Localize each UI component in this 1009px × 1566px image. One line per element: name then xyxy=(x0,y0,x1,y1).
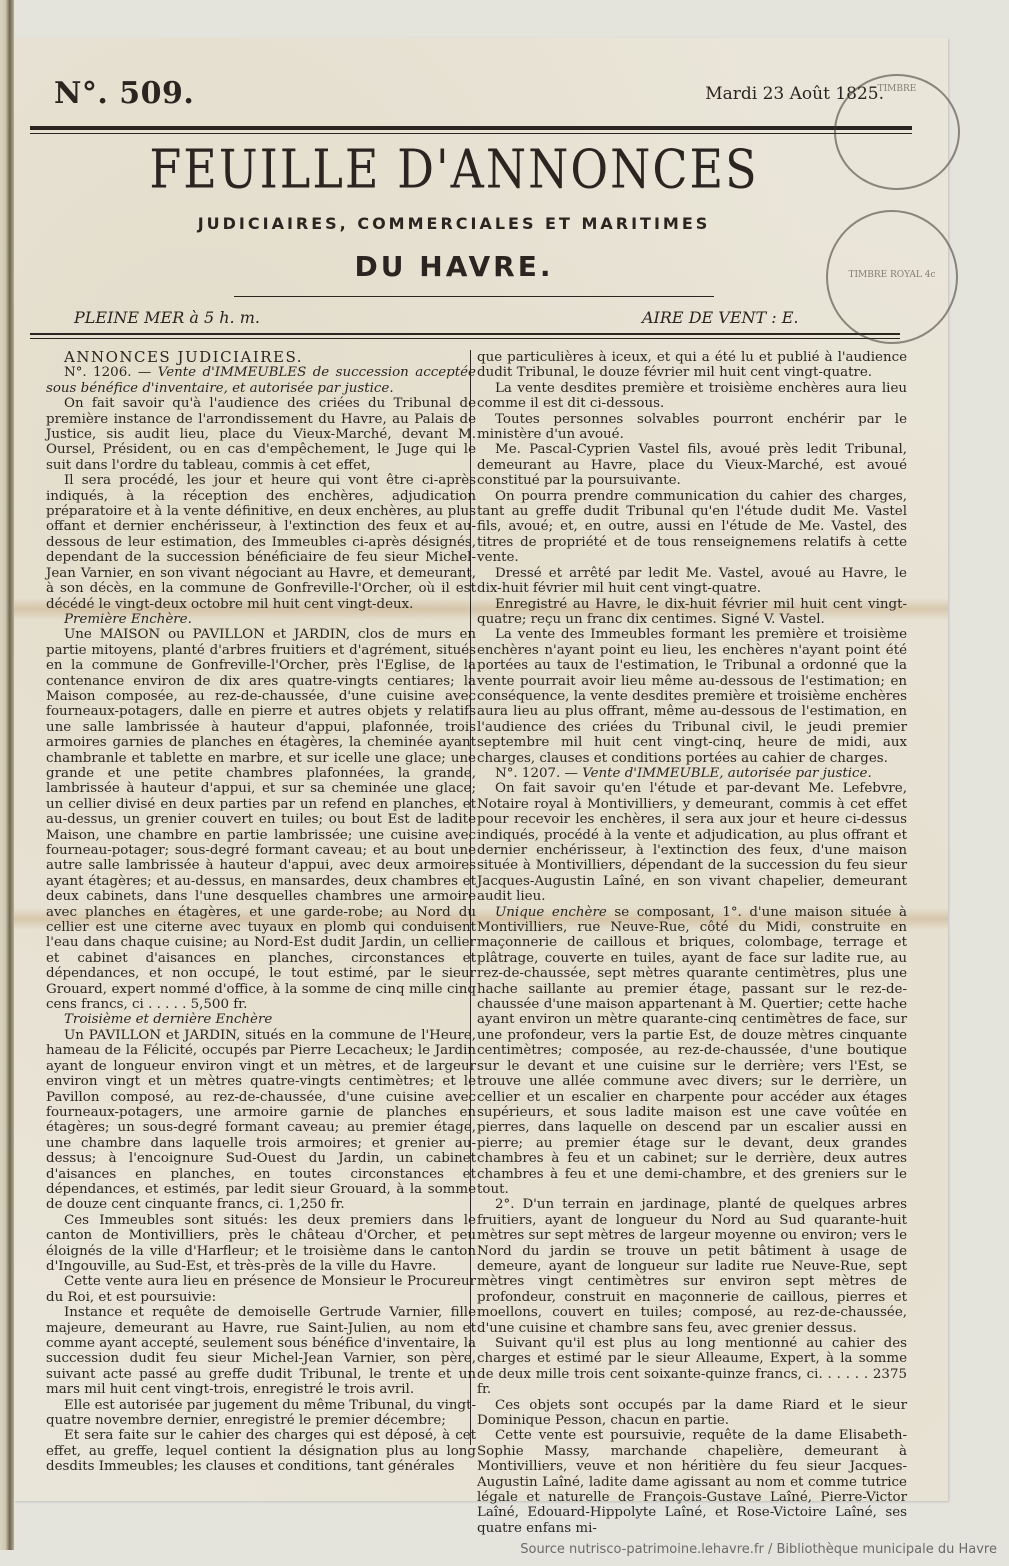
stamp-label: TIMBRE xyxy=(836,84,958,94)
notice-number: N°. 1207. — xyxy=(495,766,578,781)
newspaper-subtitle: JUDICIAIRES, COMMERCIALES ET MARITIMES xyxy=(14,214,894,233)
paragraph: Ces Immeubles sont situés: les deux prem… xyxy=(46,1213,476,1275)
issue-number: N°. 509. xyxy=(54,76,194,111)
masthead: N°. 509. Mardi 23 Août 1825. xyxy=(44,38,924,98)
unique-auction-label: Unique enchère xyxy=(495,905,607,920)
sub-heading: Première Enchère. xyxy=(46,612,476,627)
notice-number: N°. 1206. — xyxy=(64,365,151,380)
paragraph: que particulières à iceux, et qui a été … xyxy=(477,350,907,381)
unique-auction-text: se composant, 1°. d'une maison située à … xyxy=(477,905,907,1197)
paragraph: Cette vente aura lieu en présence de Mon… xyxy=(46,1274,476,1305)
paragraph-unique-auction: Unique enchère se composant, 1°. d'une m… xyxy=(477,905,907,1198)
paragraph: La vente des Immeubles formant les premi… xyxy=(477,627,907,766)
tax-stamp-icon: TIMBRE xyxy=(834,74,960,190)
paragraph: Elle est autorisée par jugement du même … xyxy=(46,1398,476,1429)
paragraph: Toutes personnes solvables pourront ench… xyxy=(477,412,907,443)
sub-heading: Troisième et dernière Enchère xyxy=(46,1012,476,1027)
newspaper-page: N°. 509. Mardi 23 Août 1825. FEUILLE D'A… xyxy=(14,38,948,1501)
paragraph: Un PAVILLON et JARDIN, situés en la comm… xyxy=(46,1028,476,1213)
paragraph: Me. Pascal-Cyprien Vastel fils, avoué pr… xyxy=(477,442,907,488)
paragraph: Une MAISON ou PAVILLON et JARDIN, clos d… xyxy=(46,627,476,1012)
source-credit: Source nutrisco-patrimoine.lehavre.fr / … xyxy=(520,1542,997,1557)
paragraph: Et sera faite sur le cahier des charges … xyxy=(46,1428,476,1474)
paragraph: Il sera procédé, les jour et heure qui v… xyxy=(46,473,476,612)
masthead-rule xyxy=(30,133,912,134)
paragraph: Dressé et arrêté par ledit Me. Vastel, a… xyxy=(477,566,907,597)
masthead-rule xyxy=(30,126,912,130)
section-heading: ANNONCES JUDICIAIRES. xyxy=(46,350,476,365)
masthead-rule xyxy=(234,296,714,297)
newspaper-place: DU HAVRE. xyxy=(14,250,894,283)
newspaper-title: FEUILLE D'ANNONCES xyxy=(14,138,894,200)
paragraph: On pourra prendre communication du cahie… xyxy=(477,489,907,566)
paragraph: Enregistré au Havre, le dix-huit février… xyxy=(477,597,907,628)
masthead-rule xyxy=(30,333,900,335)
column-right: que particulières à iceux, et qui a été … xyxy=(470,350,907,1445)
paragraph: Suivant qu'il est plus au long mentionné… xyxy=(477,1336,907,1398)
wind-info: AIRE DE VENT : E. xyxy=(642,308,799,327)
stamp-label: TIMBRE ROYAL 4c xyxy=(828,270,956,280)
column-left: ANNONCES JUDICIAIRES. N°. 1206. — Vente … xyxy=(46,350,476,1475)
paragraph: 2°. D'un terrain en jardinage, planté de… xyxy=(477,1197,907,1336)
paragraph: Cette vente est poursuivie, requête de l… xyxy=(477,1428,907,1536)
book-binding-edge xyxy=(0,0,14,1550)
tide-info: PLEINE MER à 5 h. m. xyxy=(74,308,260,327)
notice-heading-1206: N°. 1206. — Vente d'IMMEUBLES de success… xyxy=(46,365,476,396)
royal-stamp-icon: TIMBRE ROYAL 4c xyxy=(826,210,958,344)
notice-heading-1207: N°. 1207. — Vente d'IMMEUBLE, autorisée … xyxy=(477,766,907,781)
masthead-rule xyxy=(30,338,900,339)
notice-title: Vente d'IMMEUBLE, autorisée par justice. xyxy=(582,766,872,781)
paragraph: Instance et requête de demoiselle Gertru… xyxy=(46,1305,476,1397)
paragraph: Ces objets sont occupés par la dame Riar… xyxy=(477,1398,907,1429)
paragraph: La vente desdites première et troisième … xyxy=(477,381,907,412)
paragraph: On fait savoir qu'en l'étude et par-deva… xyxy=(477,781,907,904)
paragraph: On fait savoir qu'à l'audience des criée… xyxy=(46,396,476,473)
